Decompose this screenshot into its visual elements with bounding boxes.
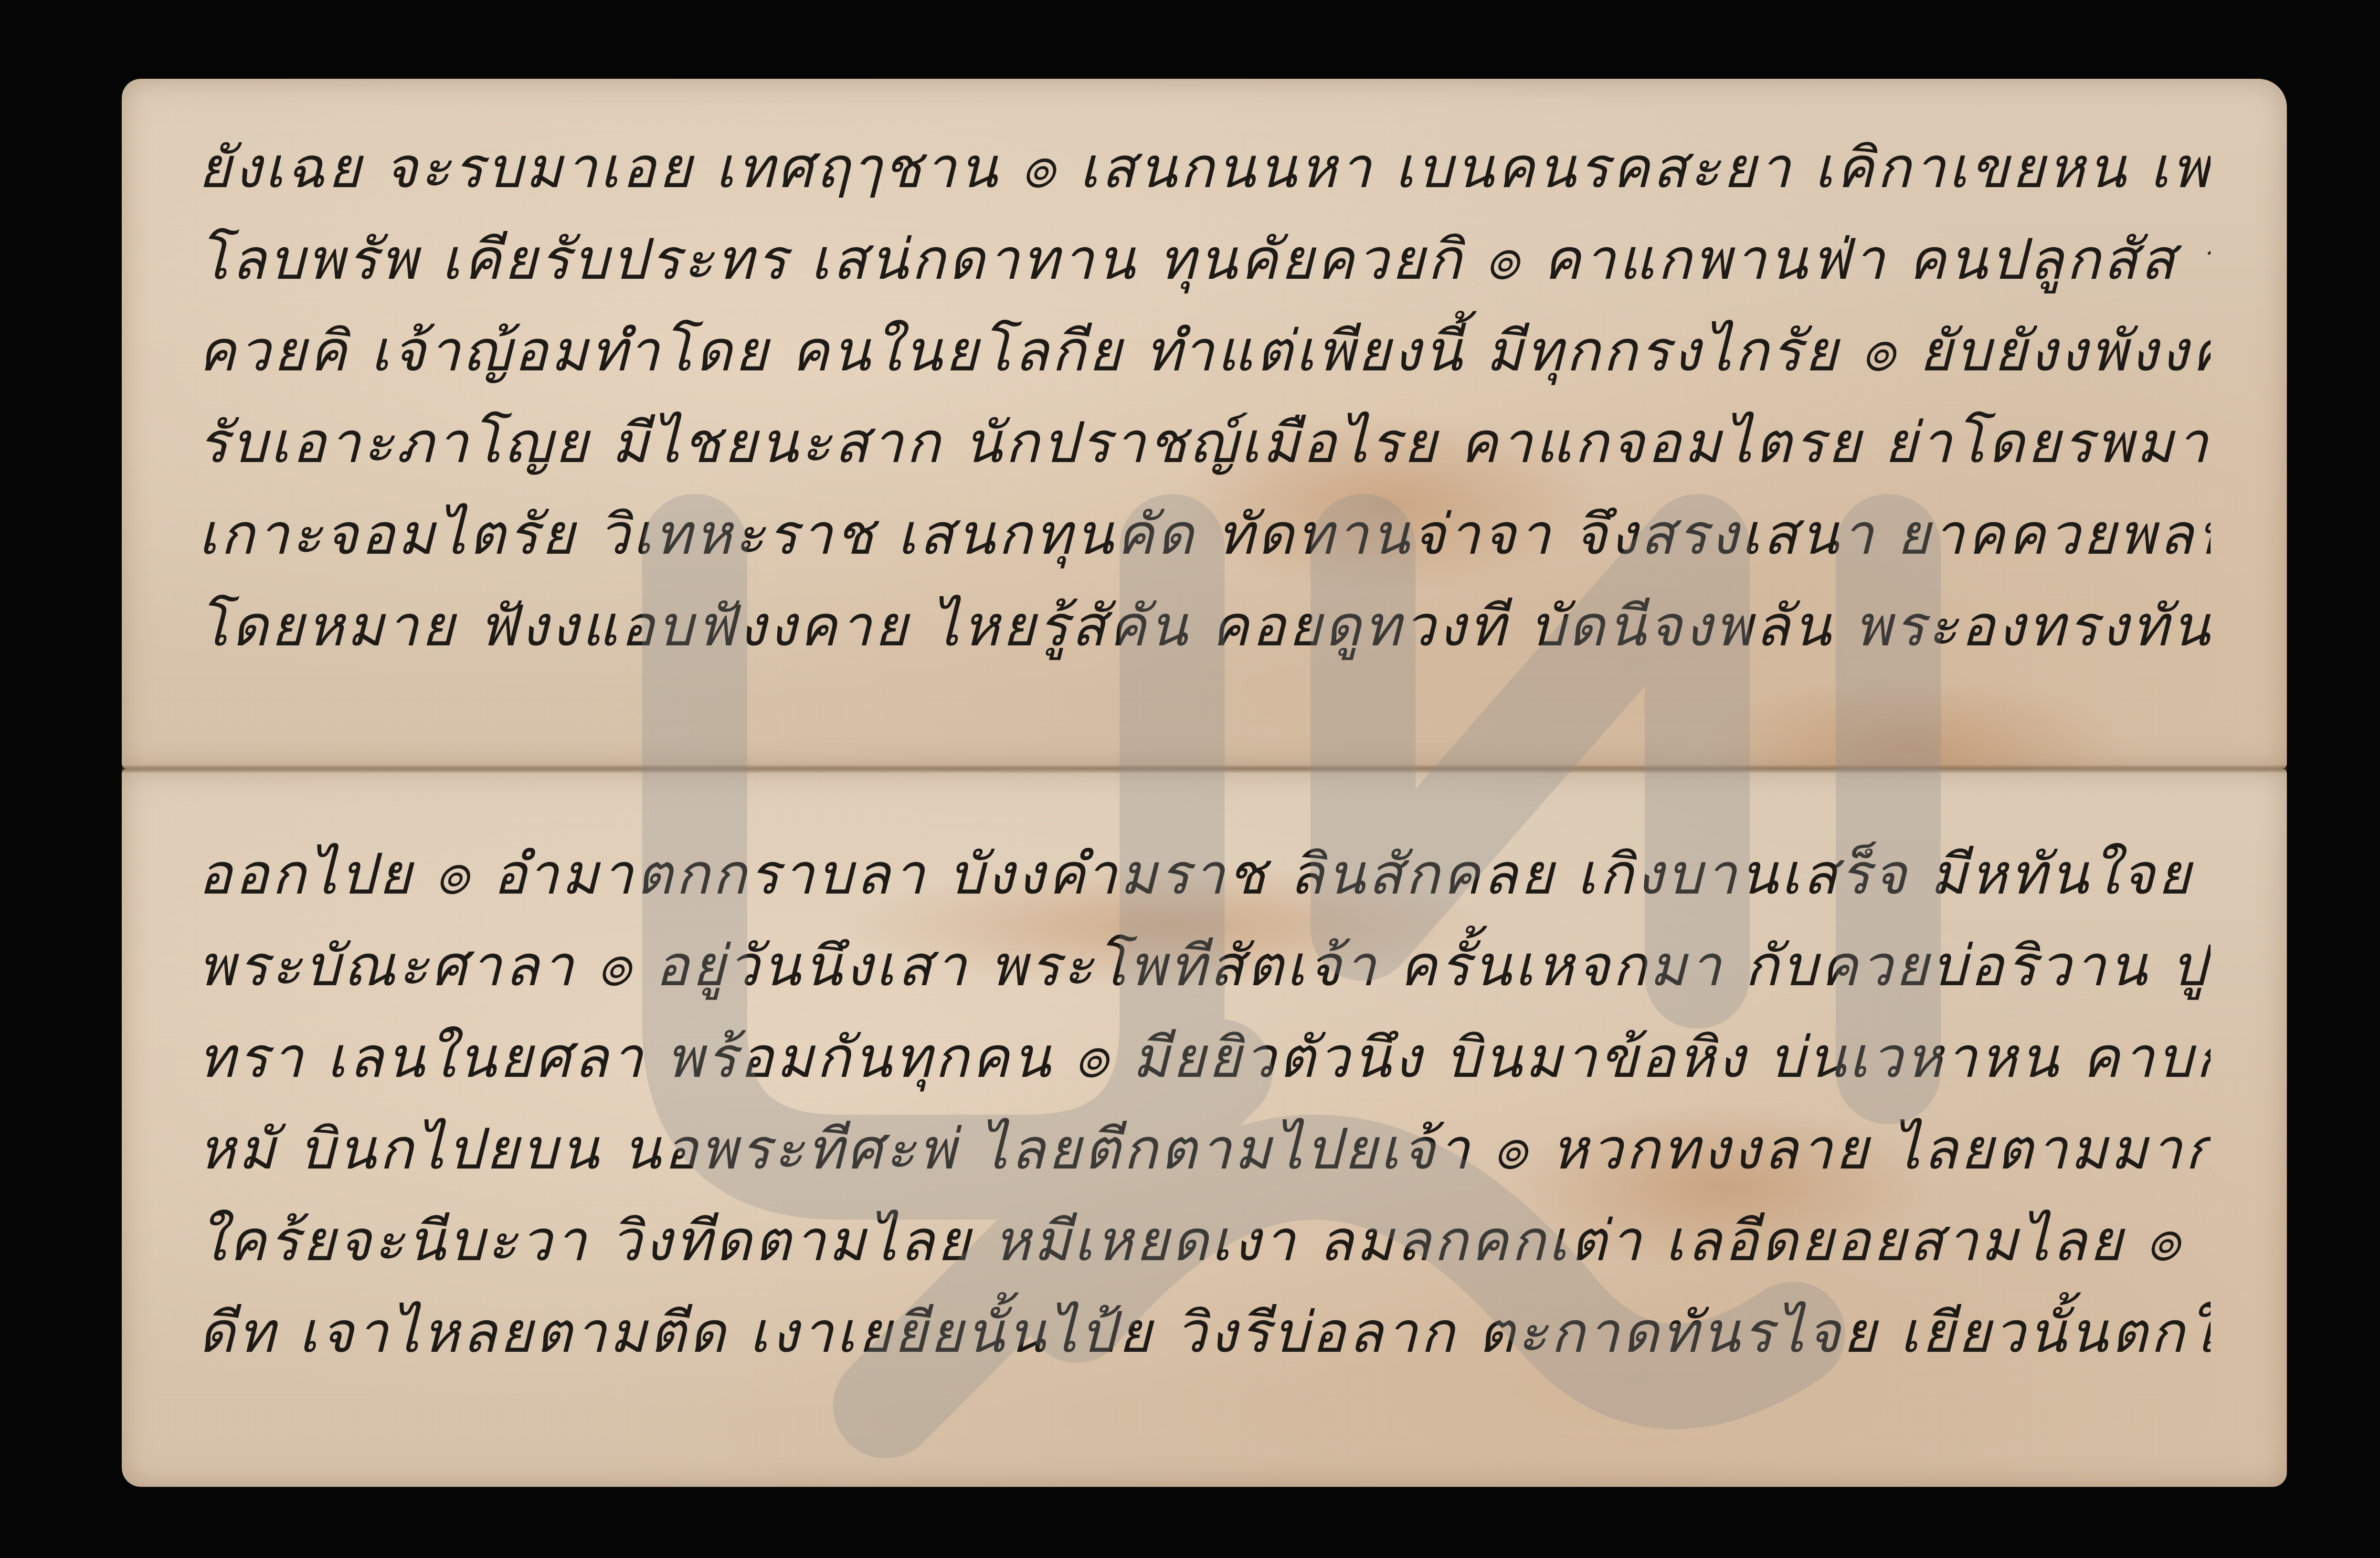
- text-line: โลบพรัพ เคียรับประทร เสน่กดาทาน ทุนคัยคว…: [198, 213, 2211, 305]
- text-line: ยังเฉย จะรบมาเอย เทศฤๅชาน ๏ เสนกนนหา เบน…: [198, 122, 2211, 213]
- manuscript: ยังเฉย จะรบมาเอย เทศฤๅชาน ๏ เสนกนนหา เบน…: [122, 79, 2287, 1487]
- watermark-logo-icon: [599, 451, 2031, 1501]
- text-line: ควยคิ เจ้าญ้อมทำโดย คนในยโลกีย ทำแต่เพีย…: [198, 305, 2211, 397]
